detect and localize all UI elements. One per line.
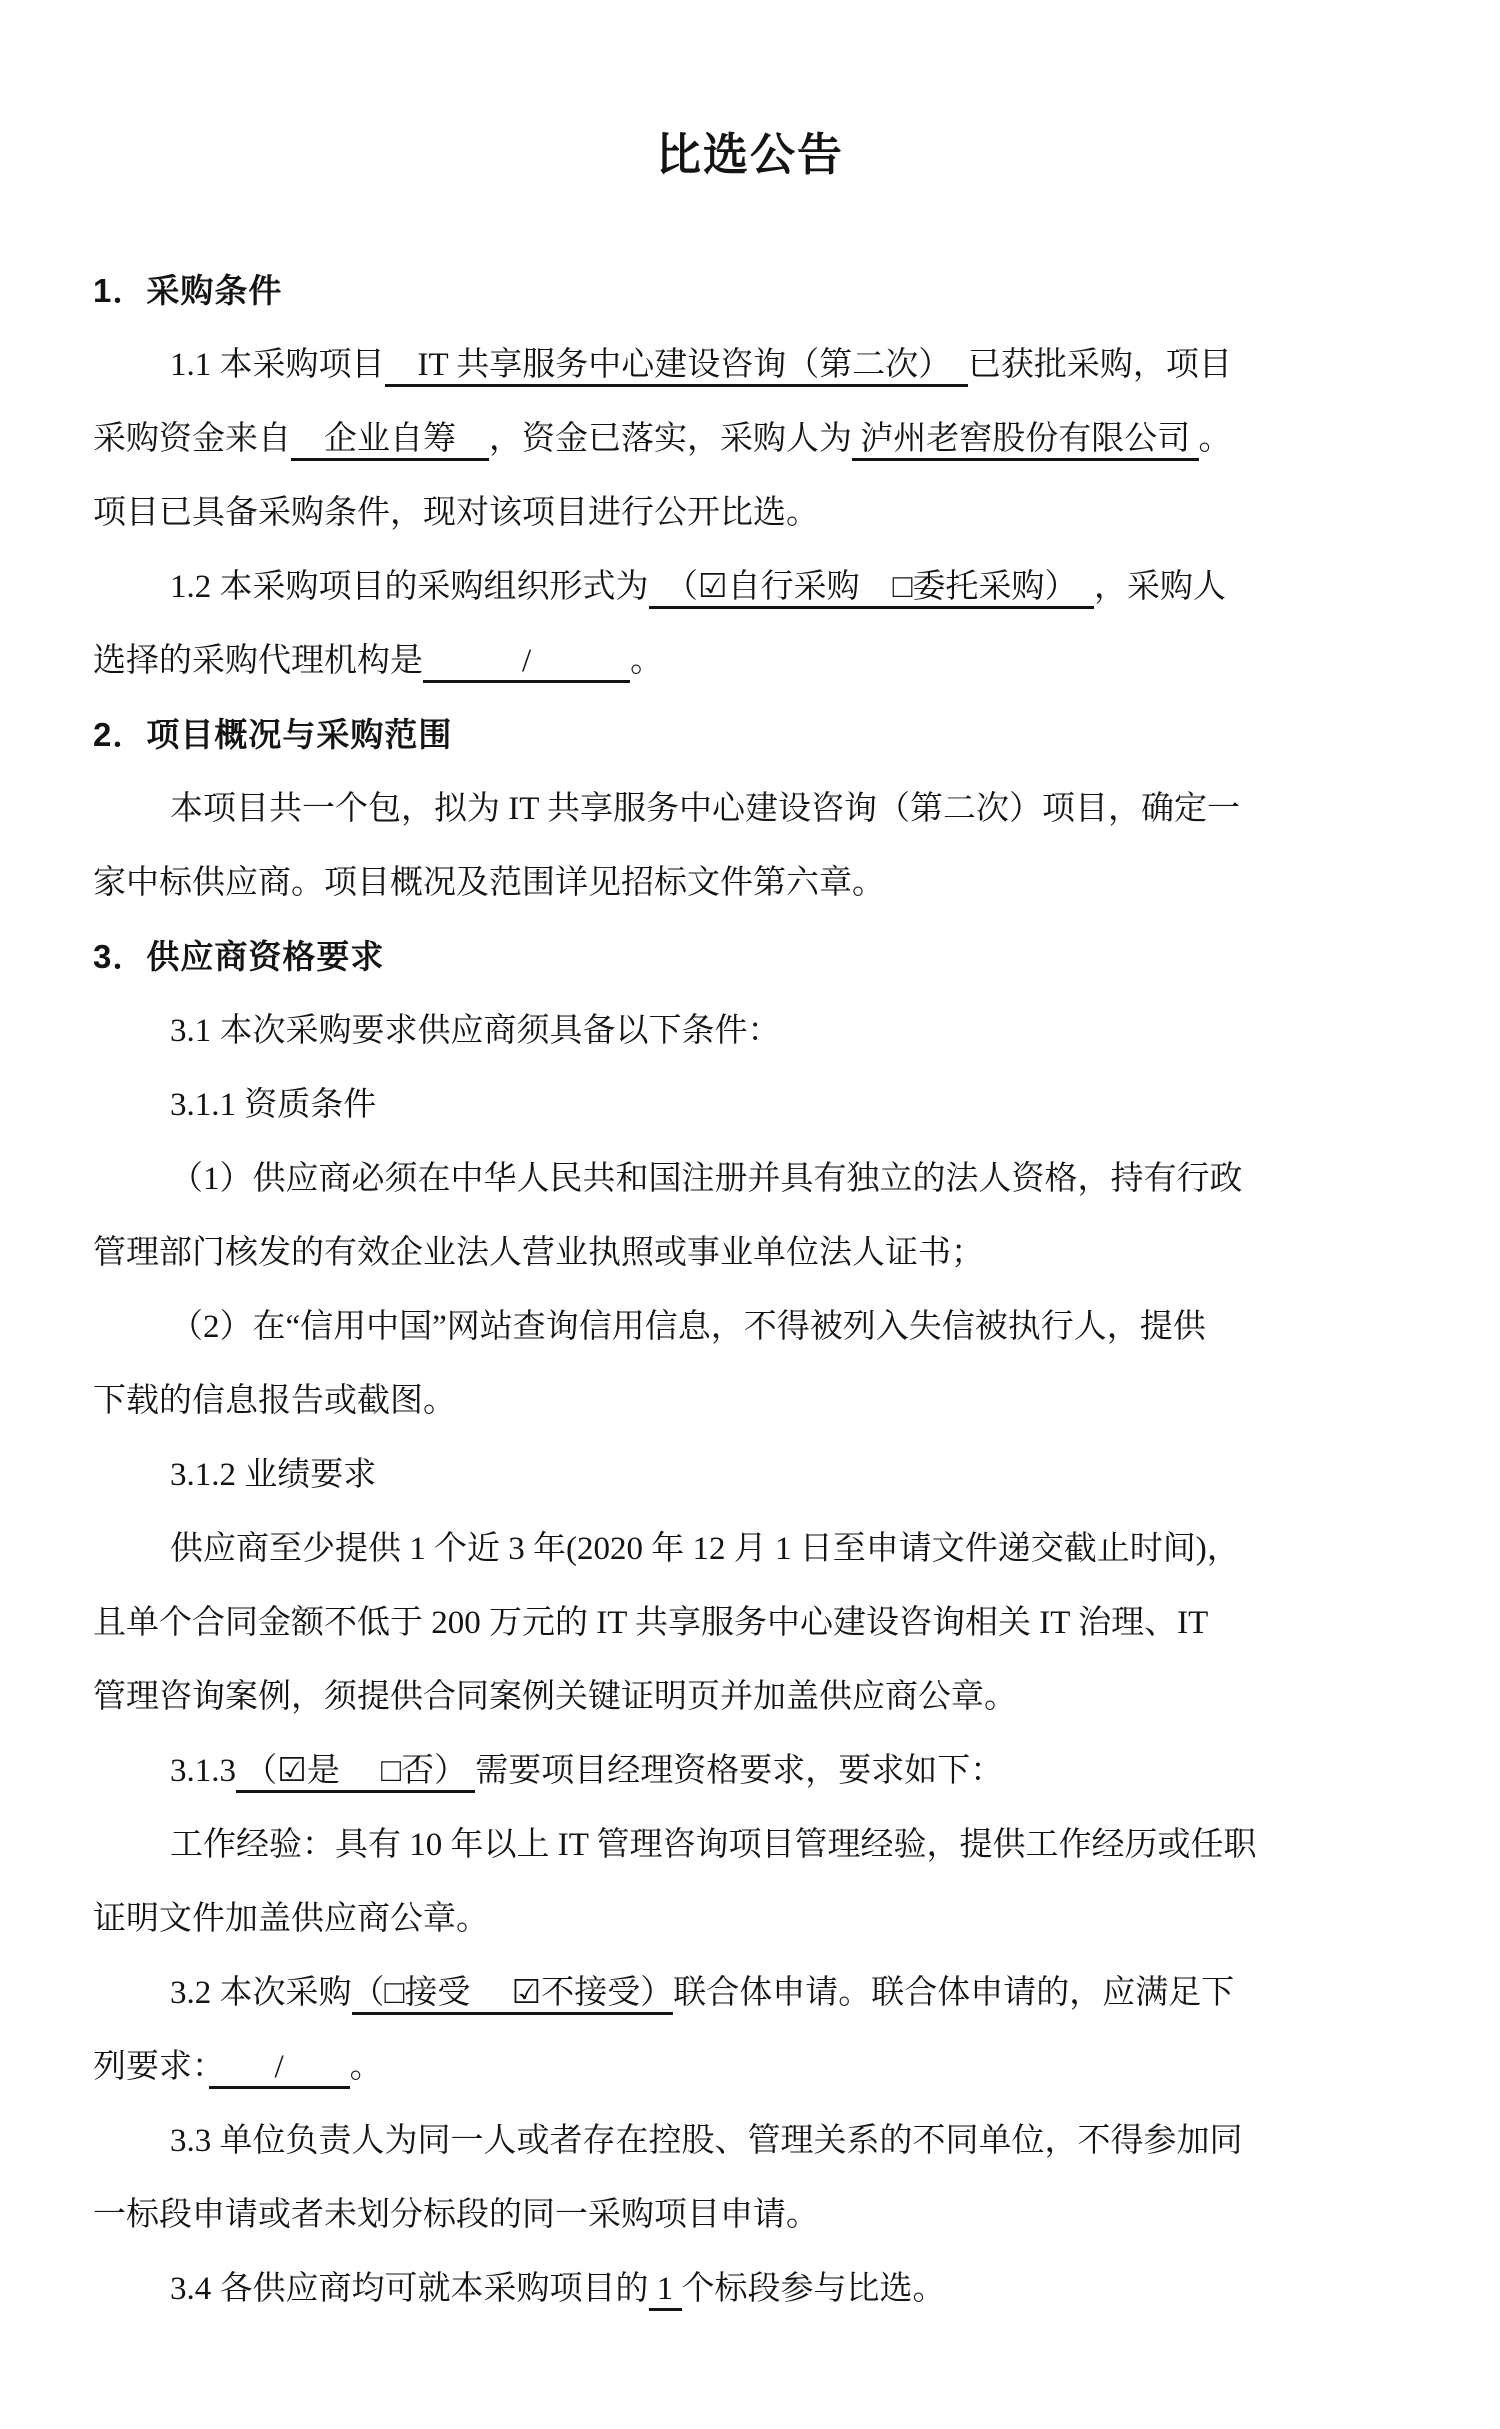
text-run: 本项目共一个包，拟为 IT 共享服务中心建设咨询（第二次）项目，确定一 — [170, 791, 1240, 827]
doc-line: 3.3 单位负责人为同一人或者存在控股、管理关系的不同单位，不得参加同 — [93, 2116, 1443, 2190]
text-run: 3.1 本次采购要求供应商须具备以下条件： — [170, 1013, 781, 1049]
text-run: 下载的信息报告或截图。 — [93, 1383, 456, 1419]
blank-field: / — [423, 643, 630, 683]
doc-line: 且单个合同金额不低于 200 万元的 IT 共享服务中心建设咨询相关 IT 治理… — [93, 1598, 1443, 1672]
text-run: 项目已具备采购条件，现对该项目进行公开比选。 — [93, 495, 819, 531]
text-run: 采购资金来自 — [93, 421, 291, 457]
text-run: 管理咨询案例，须提供合同案例关键证明页并加盖供应商公章。 — [93, 1679, 1017, 1715]
text-run: 。 — [1199, 421, 1232, 457]
text-run: （2）在“信用中国”网站查询信用信息，不得被列入失信被执行人，提供 — [170, 1309, 1206, 1345]
underline-run: （□接受 ☑不接受） — [352, 1975, 674, 2015]
underline-run: 泸州老窖股份有限公司 — [852, 421, 1199, 461]
doc-line: 3.1.1 资质条件 — [93, 1080, 1443, 1154]
doc-line: 3.2 本次采购（□接受 ☑不接受）联合体申请。联合体申请的，应满足下 — [93, 1968, 1443, 2042]
text-run: ，采购人 — [1094, 569, 1226, 605]
text-run: 工作经验：具有 10 年以上 IT 管理咨询项目管理经验，提供工作经历或任职 — [170, 1827, 1257, 1863]
text-run: 且单个合同金额不低于 200 万元的 IT 共享服务中心建设咨询相关 IT 治理… — [93, 1605, 1208, 1641]
text-run: 3.2 本次采购 — [170, 1975, 352, 2011]
document-title: 比选公告 — [0, 118, 1500, 183]
text-run: （1）供应商必须在中华人民共和国注册并具有独立的法人资格，持有行政 — [170, 1161, 1243, 1197]
doc-line: 工作经验：具有 10 年以上 IT 管理咨询项目管理经验，提供工作经历或任职 — [93, 1820, 1443, 1894]
doc-line: 证明文件加盖供应商公章。 — [93, 1894, 1443, 1968]
underline-run: 1 — [649, 2271, 682, 2311]
text-run: 。 — [350, 2049, 383, 2085]
doc-line: 3.4 各供应商均可就本采购项目的 1 个标段参与比选。 — [93, 2264, 1443, 2338]
text-run: 1．采购条件 — [93, 272, 282, 309]
text-run: 3.4 各供应商均可就本采购项目的 — [170, 2271, 649, 2307]
doc-line: 采购资金来自 企业自筹 ，资金已落实，采购人为 泸州老窖股份有限公司 。 — [93, 414, 1443, 488]
text-run: 家中标供应商。项目概况及范围详见招标文件第六章。 — [93, 865, 885, 901]
text-run: 已获批采购，项目 — [968, 347, 1232, 383]
text-run: 需要项目经理资格要求，要求如下： — [475, 1753, 1003, 1789]
doc-line: 本项目共一个包，拟为 IT 共享服务中心建设咨询（第二次）项目，确定一 — [93, 784, 1443, 858]
text-run: 3.3 单位负责人为同一人或者存在控股、管理关系的不同单位，不得参加同 — [170, 2123, 1243, 2159]
doc-line: 列要求： / 。 — [93, 2042, 1443, 2116]
doc-line: 选择的采购代理机构是 / 。 — [93, 636, 1443, 710]
text-run: 列要求： — [93, 2049, 209, 2085]
text-run: 3．供应商资格要求 — [93, 938, 384, 975]
text-run: 一标段申请或者未划分标段的同一采购项目申请。 — [93, 2197, 819, 2233]
document-page: 比选公告 1．采购条件1.1 本采购项目 IT 共享服务中心建设咨询（第二次） … — [0, 0, 1500, 2429]
document-lines: 1．采购条件1.1 本采购项目 IT 共享服务中心建设咨询（第二次） 已获批采购… — [93, 266, 1443, 2338]
text-run: 证明文件加盖供应商公章。 — [93, 1901, 489, 1937]
underline-run: （☑是 □否） — [236, 1753, 475, 1793]
text-run: 供应商至少提供 1 个近 3 年(2020 年 12 月 1 日至申请文件递交截… — [170, 1531, 1240, 1567]
doc-line: 3.1 本次采购要求供应商须具备以下条件： — [93, 1006, 1443, 1080]
underline-run: （☑自行采购 □委托采购） — [649, 569, 1095, 609]
text-run: 。 — [630, 643, 663, 679]
doc-line: 管理咨询案例，须提供合同案例关键证明页并加盖供应商公章。 — [93, 1672, 1443, 1746]
doc-line: 家中标供应商。项目概况及范围详见招标文件第六章。 — [93, 858, 1443, 932]
blank-field: / — [209, 2049, 350, 2089]
doc-line: 管理部门核发的有效企业法人营业执照或事业单位法人证书； — [93, 1228, 1443, 1302]
doc-line: （1）供应商必须在中华人民共和国注册并具有独立的法人资格，持有行政 — [93, 1154, 1443, 1228]
text-run: 管理部门核发的有效企业法人营业执照或事业单位法人证书； — [93, 1235, 984, 1271]
doc-line: 一标段申请或者未划分标段的同一采购项目申请。 — [93, 2190, 1443, 2264]
text-run: 个标段参与比选。 — [682, 2271, 946, 2307]
doc-line: 1.2 本采购项目的采购组织形式为 （☑自行采购 □委托采购） ，采购人 — [93, 562, 1443, 636]
underline-run: IT 共享服务中心建设咨询（第二次） — [385, 347, 968, 387]
doc-line: 3.1.3 （☑是 □否） 需要项目经理资格要求，要求如下： — [93, 1746, 1443, 1820]
text-run: 3.1.1 资质条件 — [170, 1087, 376, 1123]
doc-line: 供应商至少提供 1 个近 3 年(2020 年 12 月 1 日至申请文件递交截… — [93, 1524, 1443, 1598]
section-heading: 2．项目概况与采购范围 — [93, 710, 1443, 784]
section-heading: 3．供应商资格要求 — [93, 932, 1443, 1006]
text-run: 1.1 本采购项目 — [170, 347, 385, 383]
text-run: ，资金已落实，采购人为 — [489, 421, 852, 457]
text-run: 联合体申请。联合体申请的，应满足下 — [673, 1975, 1234, 2011]
text-run: 选择的采购代理机构是 — [93, 643, 423, 679]
doc-line: 下载的信息报告或截图。 — [93, 1376, 1443, 1450]
text-run: 3.1.2 业绩要求 — [170, 1457, 376, 1493]
doc-line: （2）在“信用中国”网站查询信用信息，不得被列入失信被执行人，提供 — [93, 1302, 1443, 1376]
section-heading: 1．采购条件 — [93, 266, 1443, 340]
doc-line: 3.1.2 业绩要求 — [93, 1450, 1443, 1524]
text-run: 2．项目概况与采购范围 — [93, 716, 452, 753]
text-run: 3.1.3 — [170, 1753, 236, 1789]
doc-line: 项目已具备采购条件，现对该项目进行公开比选。 — [93, 488, 1443, 562]
underline-run: 企业自筹 — [291, 421, 489, 461]
text-run: 1.2 本采购项目的采购组织形式为 — [170, 569, 649, 605]
doc-line: 1.1 本采购项目 IT 共享服务中心建设咨询（第二次） 已获批采购，项目 — [93, 340, 1443, 414]
